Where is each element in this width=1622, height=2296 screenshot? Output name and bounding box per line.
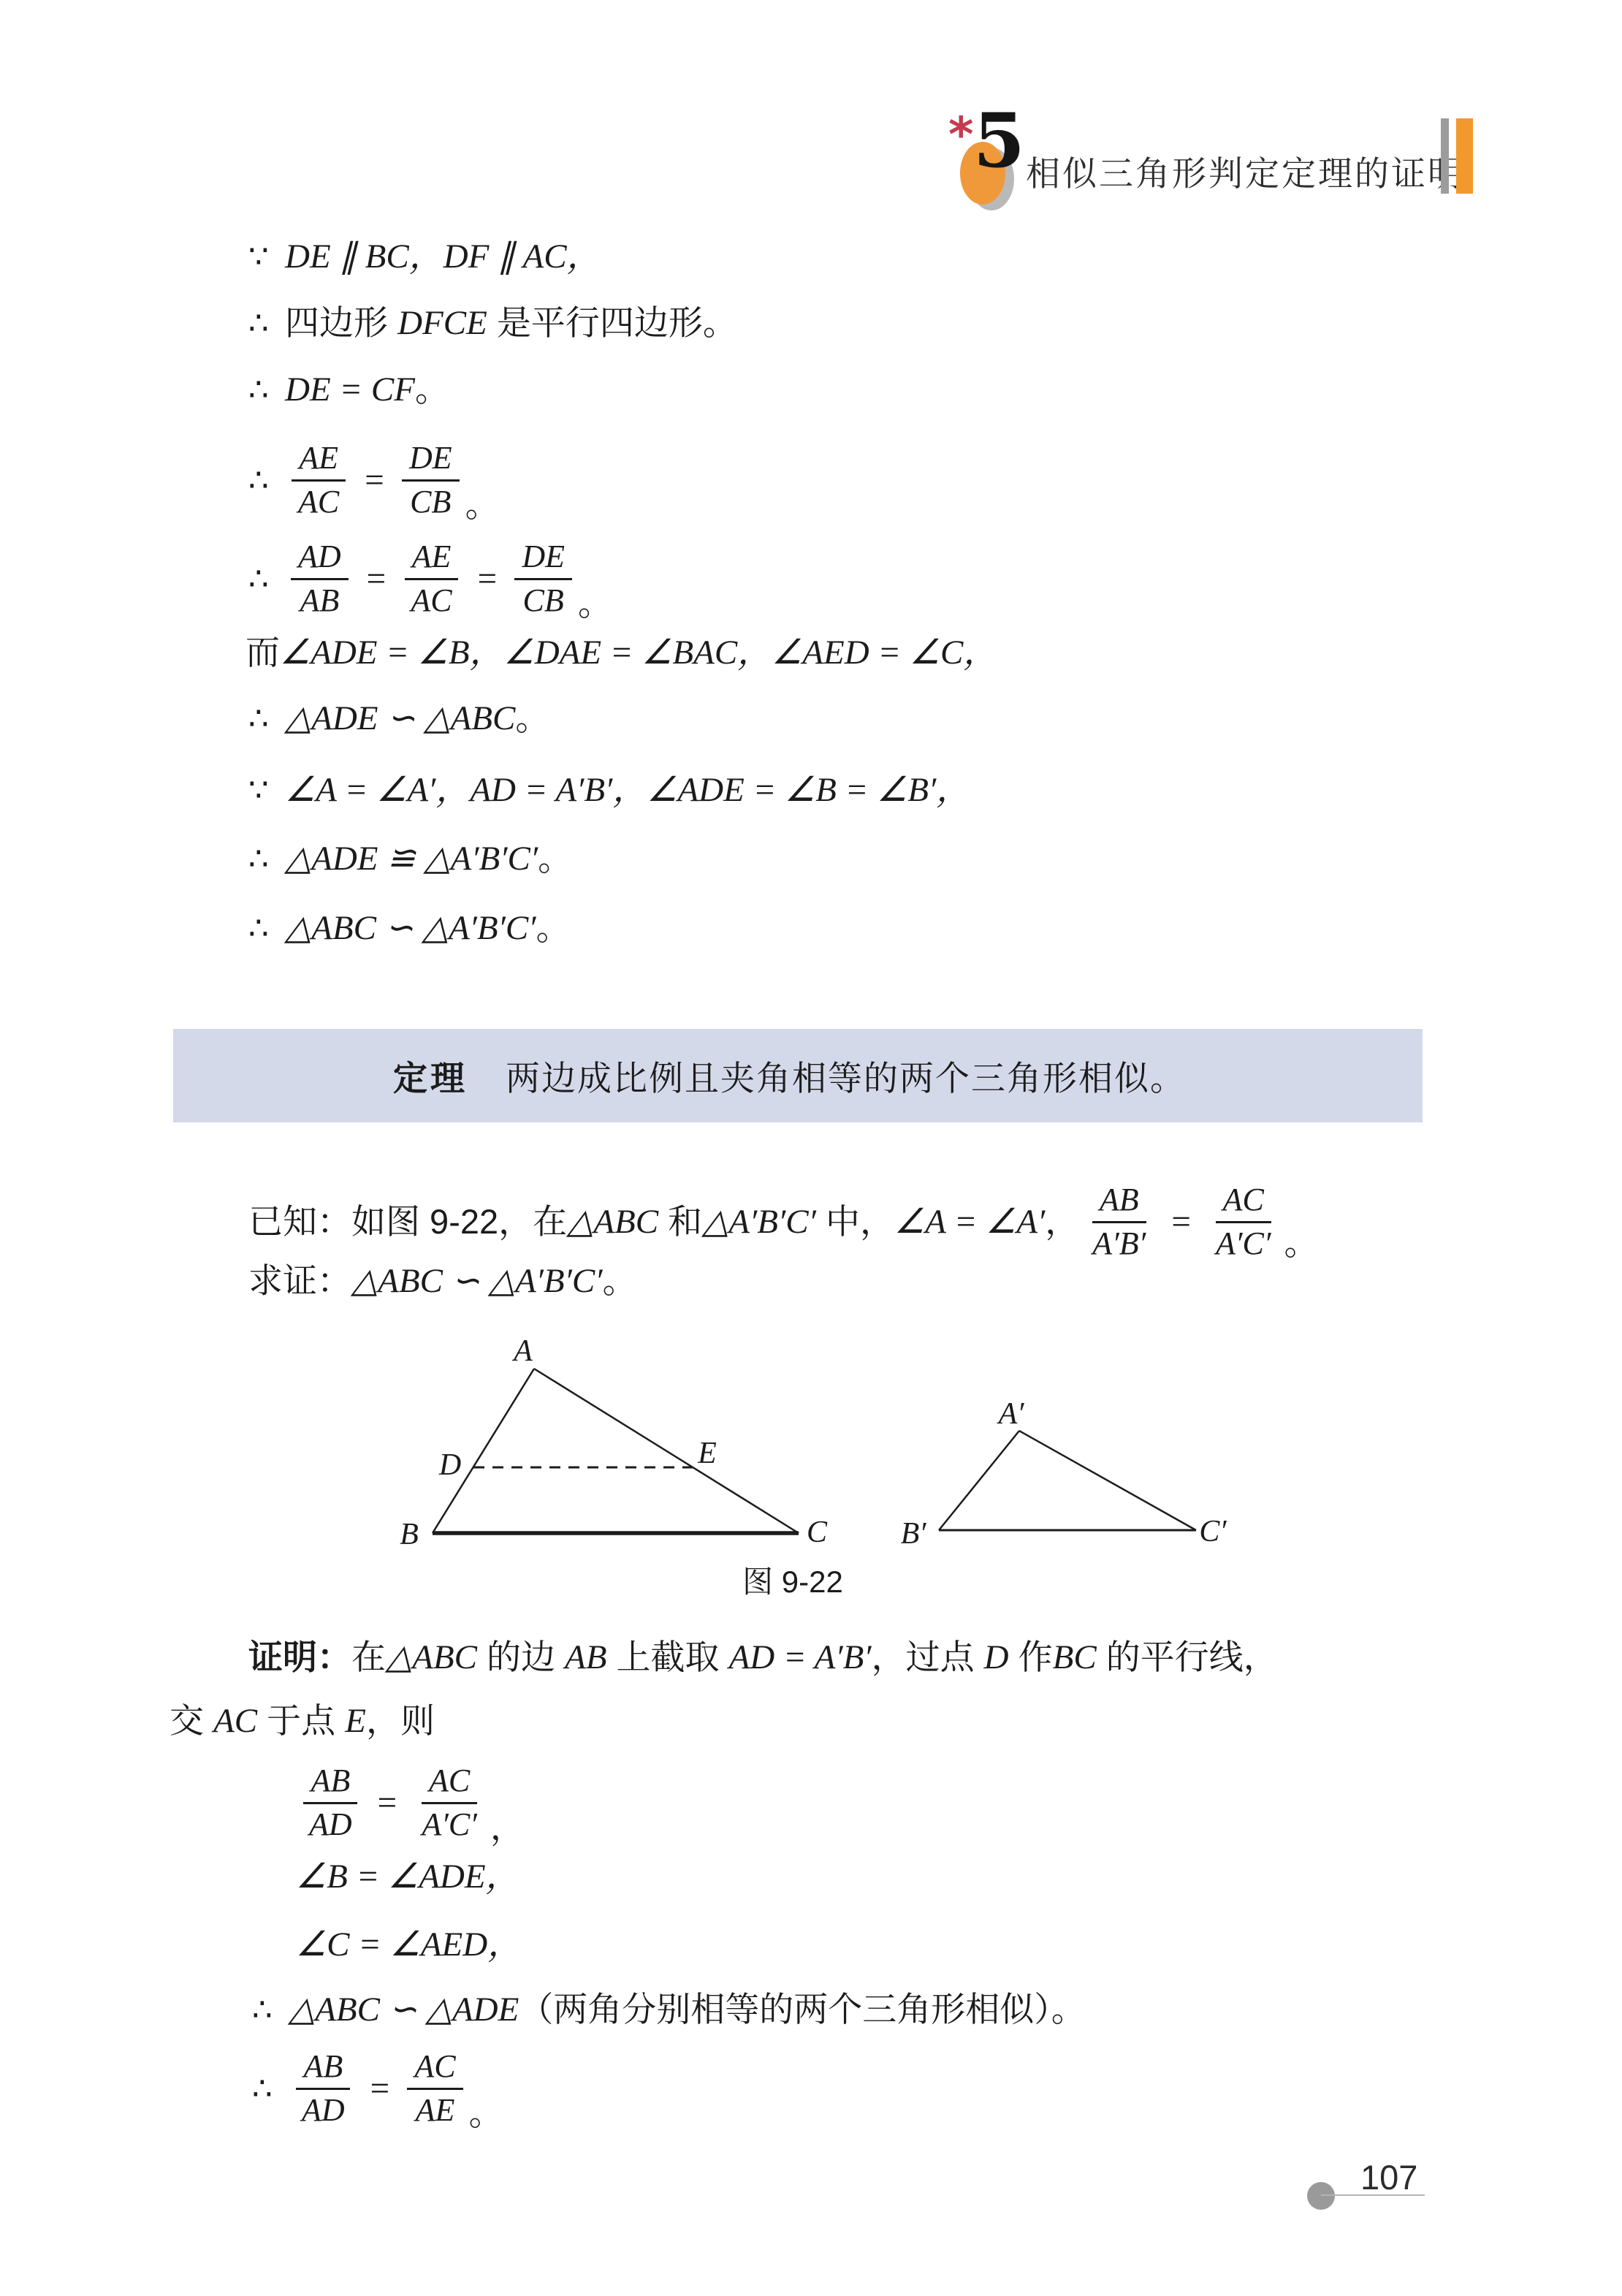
side-ApCp bbox=[1019, 1431, 1196, 1530]
therefore-symbol: ∴ bbox=[248, 370, 269, 410]
section-star: * bbox=[948, 111, 974, 159]
proof-line-1: ∵DE ∥ BC，DF ∥ AC， bbox=[248, 235, 601, 278]
angle-line-1: ∠B = ∠ADE， bbox=[296, 1855, 520, 1898]
proof2-para-line-1: 证明：在△ABC 的边 AB 上截取 AD = A′B′，过点 D 作BC 的平… bbox=[248, 1635, 1278, 1679]
figure-9-22: A B C D E A′ B′ C′ bbox=[395, 1337, 1242, 1556]
because-symbol: ∵ bbox=[248, 770, 269, 810]
fraction: ACA′C′ bbox=[414, 1764, 484, 1841]
side-ApBp bbox=[939, 1431, 1019, 1530]
point-label-D: D bbox=[438, 1448, 461, 1482]
vertex-label-C: C bbox=[807, 1516, 828, 1549]
therefore-symbol: ∴ bbox=[248, 839, 269, 879]
fraction: DECB bbox=[514, 540, 572, 617]
section-number: 5 bbox=[973, 104, 1025, 178]
therefore-symbol: ∴ bbox=[248, 908, 269, 949]
because-symbol: ∵ bbox=[248, 237, 269, 277]
vertex-label-B: B bbox=[400, 1518, 419, 1551]
figure-caption: 图 9-22 bbox=[705, 1558, 880, 1602]
theorem-text: 两边成比例且夹角相等的两个三角形相似。 bbox=[506, 1052, 1186, 1101]
therefore-symbol: ∴ bbox=[248, 460, 269, 501]
conclusion-line: ∴△ABC ∽ △ADE（两角分别相等的两个三角形相似）。 bbox=[252, 1988, 1086, 2031]
footer-dot bbox=[1307, 2182, 1335, 2210]
therefore-symbol: ∴ bbox=[252, 1990, 273, 2030]
fraction: DECB bbox=[402, 441, 460, 518]
point-label-E: E bbox=[697, 1437, 717, 1470]
proof2-fraction-line-1: ABAD = ACA′C′ ， bbox=[296, 1752, 525, 1854]
therefore-symbol: ∴ bbox=[248, 699, 269, 739]
vertex-label-B-prime: B′ bbox=[901, 1517, 927, 1551]
proof-line-8: ∵∠A = ∠A′，AD = A′B′，∠ADE = ∠B = ∠B′， bbox=[248, 768, 970, 812]
header-orange-bar bbox=[1456, 118, 1473, 194]
proof-line-10: ∴△ABC ∽ △A′B′C′。 bbox=[248, 906, 571, 950]
prove-line: 求证：△ABC ∽ △A′B′C′。 bbox=[248, 1259, 637, 1303]
section-title: 相似三角形判定定理的证明 bbox=[1026, 153, 1464, 194]
proof-line-4: ∴ AEAC = DECB 。 bbox=[248, 429, 500, 531]
vertex-label-C-prime: C′ bbox=[1199, 1515, 1227, 1548]
fraction: ACA′C′ bbox=[1208, 1183, 1278, 1260]
fraction: ABAD bbox=[294, 2050, 352, 2126]
proof-line-9: ∴△ADE ≌ △A′B′C′。 bbox=[248, 837, 572, 881]
fraction: ACAE bbox=[407, 2050, 462, 2126]
page-number: 107 bbox=[1360, 2157, 1417, 2197]
vertex-label-A: A bbox=[511, 1337, 533, 1368]
side-AC bbox=[534, 1369, 799, 1533]
proof-keyword: 证明： bbox=[248, 1636, 351, 1679]
textbook-page: * 5 相似三角形判定定理的证明 ∵DE ∥ BC，DF ∥ AC， ∴四边形 … bbox=[0, 0, 1622, 2296]
angle-line-2: ∠C = ∠AED， bbox=[296, 1923, 522, 1966]
fraction: ADAB bbox=[291, 540, 349, 617]
proof-line-6: 而∠ADE = ∠B，∠DAE = ∠BAC，∠AED = ∠C， bbox=[245, 631, 997, 674]
given-line: 已知：如图 9-22，在△ABC 和△A′B′C′ 中，∠A = ∠A′， AB… bbox=[248, 1174, 1319, 1269]
proof2-para-line-2: 交 AC 于点 E，则 bbox=[170, 1699, 435, 1743]
theorem-box: 定理 两边成比例且夹角相等的两个三角形相似。 bbox=[173, 1029, 1423, 1122]
proof-line-2: ∴四边形 DFCE 是平行四边形。 bbox=[248, 301, 737, 345]
therefore-symbol: ∴ bbox=[252, 2069, 273, 2109]
proof-line-7: ∴△ADE ∽ △ABC。 bbox=[248, 696, 549, 740]
theorem-label: 定理 bbox=[393, 1052, 468, 1101]
therefore-symbol: ∴ bbox=[248, 559, 269, 599]
fraction: ABA′B′ bbox=[1085, 1183, 1153, 1260]
proof-line-5: ∴ ADAB = AEAC = DECB 。 bbox=[248, 528, 612, 630]
therefore-symbol: ∴ bbox=[248, 303, 269, 343]
fraction: AEAC bbox=[291, 441, 346, 518]
header-gray-bar bbox=[1441, 118, 1449, 194]
vertex-label-A-prime: A′ bbox=[997, 1397, 1025, 1431]
proof-line-3: ∴DE = CF。 bbox=[248, 368, 449, 411]
fraction: ABAD bbox=[302, 1764, 359, 1841]
proof2-fraction-line-2: ∴ ABAD = ACAE 。 bbox=[252, 2037, 503, 2140]
fraction: AEAC bbox=[403, 540, 459, 617]
